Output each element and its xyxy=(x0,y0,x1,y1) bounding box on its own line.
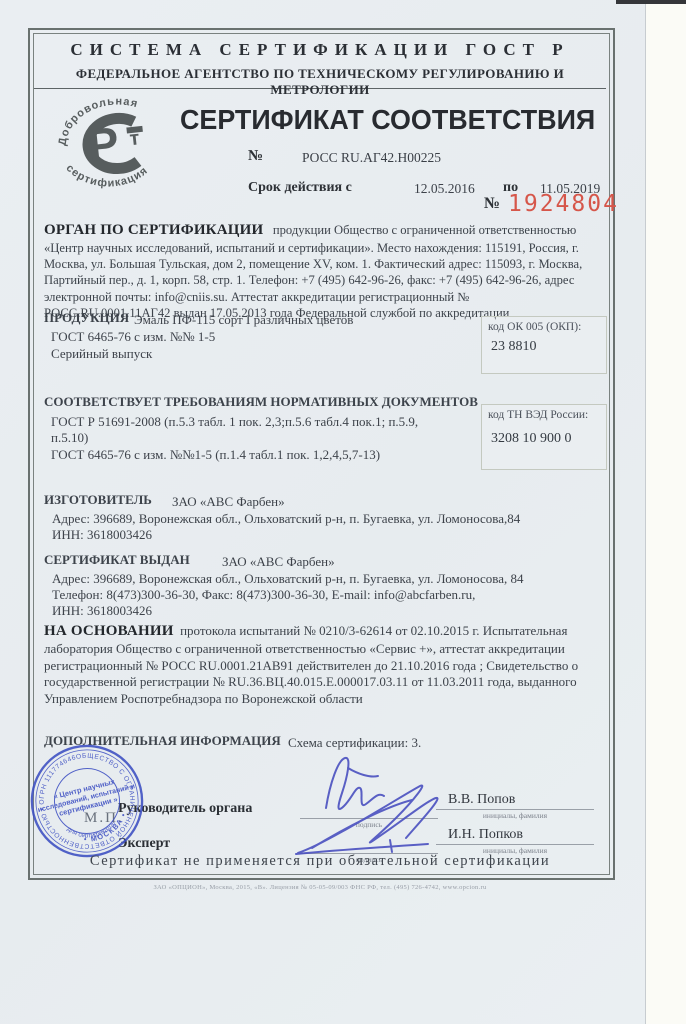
issued-to-address: Адрес: 396689, Воронежская обл., Ольхова… xyxy=(52,571,524,587)
print-house-info: ЗАО «ОПЦИОН», Москва, 2015, «В». Лицензи… xyxy=(60,884,580,891)
blank-number-label: № xyxy=(484,195,500,213)
logo-letter-r: Р xyxy=(85,117,121,172)
tnved-code-box: код ТН ВЭД России: 3208 10 900 0 xyxy=(481,404,607,470)
paper-edge xyxy=(645,0,646,1024)
okp-code-value: 23 8810 xyxy=(491,339,606,355)
okp-code-box: код ОК 005 (ОКП): 23 8810 xyxy=(481,316,607,374)
section-compliance-title: СООТВЕТСТВУЕТ ТРЕБОВАНИЯМ НОРМАТИВНЫХ ДО… xyxy=(44,394,478,411)
agency-title: ФЕДЕРАЛЬНОЕ АГЕНТСТВО ПО ТЕХНИЧЕСКОМУ РЕ… xyxy=(34,66,606,98)
production-gost: ГОСТ 6465-76 с изм. №№ 1-5 xyxy=(51,329,215,345)
tnved-code-label: код ТН ВЭД России: xyxy=(488,409,606,421)
production-serial: Серийный выпуск xyxy=(51,346,152,362)
validity-from-date: 12.05.2016 xyxy=(414,181,475,197)
section-manufacturer-title: ИЗГОТОВИТЕЛЬ xyxy=(44,492,152,509)
blank-number-value: 1924804 xyxy=(508,191,619,217)
cert-number-label: № xyxy=(248,148,263,165)
section-issued-to-title: СЕРТИФИКАТ ВЫДАН xyxy=(44,552,190,569)
footer-note: Сертификат не применяется при обязательн… xyxy=(40,853,600,870)
section-basis: НА ОСНОВАНИИ протокола испытаний № 0210/… xyxy=(44,622,604,708)
certification-system-title: СИСТЕМА СЕРТИФИКАЦИИ ГОСТ Р xyxy=(34,40,606,60)
validity-label: Срок действия с xyxy=(248,180,352,196)
okp-code-label: код ОК 005 (ОКП): xyxy=(488,321,606,333)
compliance-line: ГОСТ Р 51691-2008 (п.5.3 табл. 1 пок. 2,… xyxy=(51,414,418,430)
scan-artifact xyxy=(616,0,686,4)
section-certification-body-title: ОРГАН ПО СЕРТИФИКАЦИИ xyxy=(44,222,263,238)
handwritten-signatures-ink xyxy=(278,748,478,863)
tnved-code-value: 3208 10 900 0 xyxy=(491,431,606,447)
issued-to-contacts: Телефон: 8(473)300-36-30, Факс: 8(473)30… xyxy=(52,587,475,603)
manufacturer-address: Адрес: 396689, Воронежская обл., Ольхова… xyxy=(52,511,520,527)
compliance-line: п.5.10) xyxy=(51,430,88,446)
production-name: Эмаль ПФ-115 сорт I различных цветов xyxy=(134,312,353,328)
section-certification-body: ОРГАН ПО СЕРТИФИКАЦИИ продукции Общество… xyxy=(44,221,596,321)
issued-to-inn: ИНН: 3618003426 xyxy=(52,603,152,619)
rst-certification-logo-icon: Р т Добровольная сертификация xyxy=(50,98,176,208)
cert-number-value: РОСС RU.АГ42.Н00225 xyxy=(302,150,441,166)
document-title: СЕРТИФИКАТ СООТВЕТСТВИЯ xyxy=(180,104,564,136)
section-basis-title: НА ОСНОВАНИИ xyxy=(44,623,174,639)
manufacturer-inn: ИНН: 3618003426 xyxy=(52,527,152,543)
section-production-title: ПРОДУКЦИЯ xyxy=(44,310,129,327)
compliance-line: ГОСТ 6465-76 с изм. №№1-5 (п.1.4 табл.1 … xyxy=(51,447,380,463)
issued-to-name: ЗАО «АВС Фарбен» xyxy=(222,554,335,570)
manufacturer-name: ЗАО «АВС Фарбен» xyxy=(172,494,285,510)
